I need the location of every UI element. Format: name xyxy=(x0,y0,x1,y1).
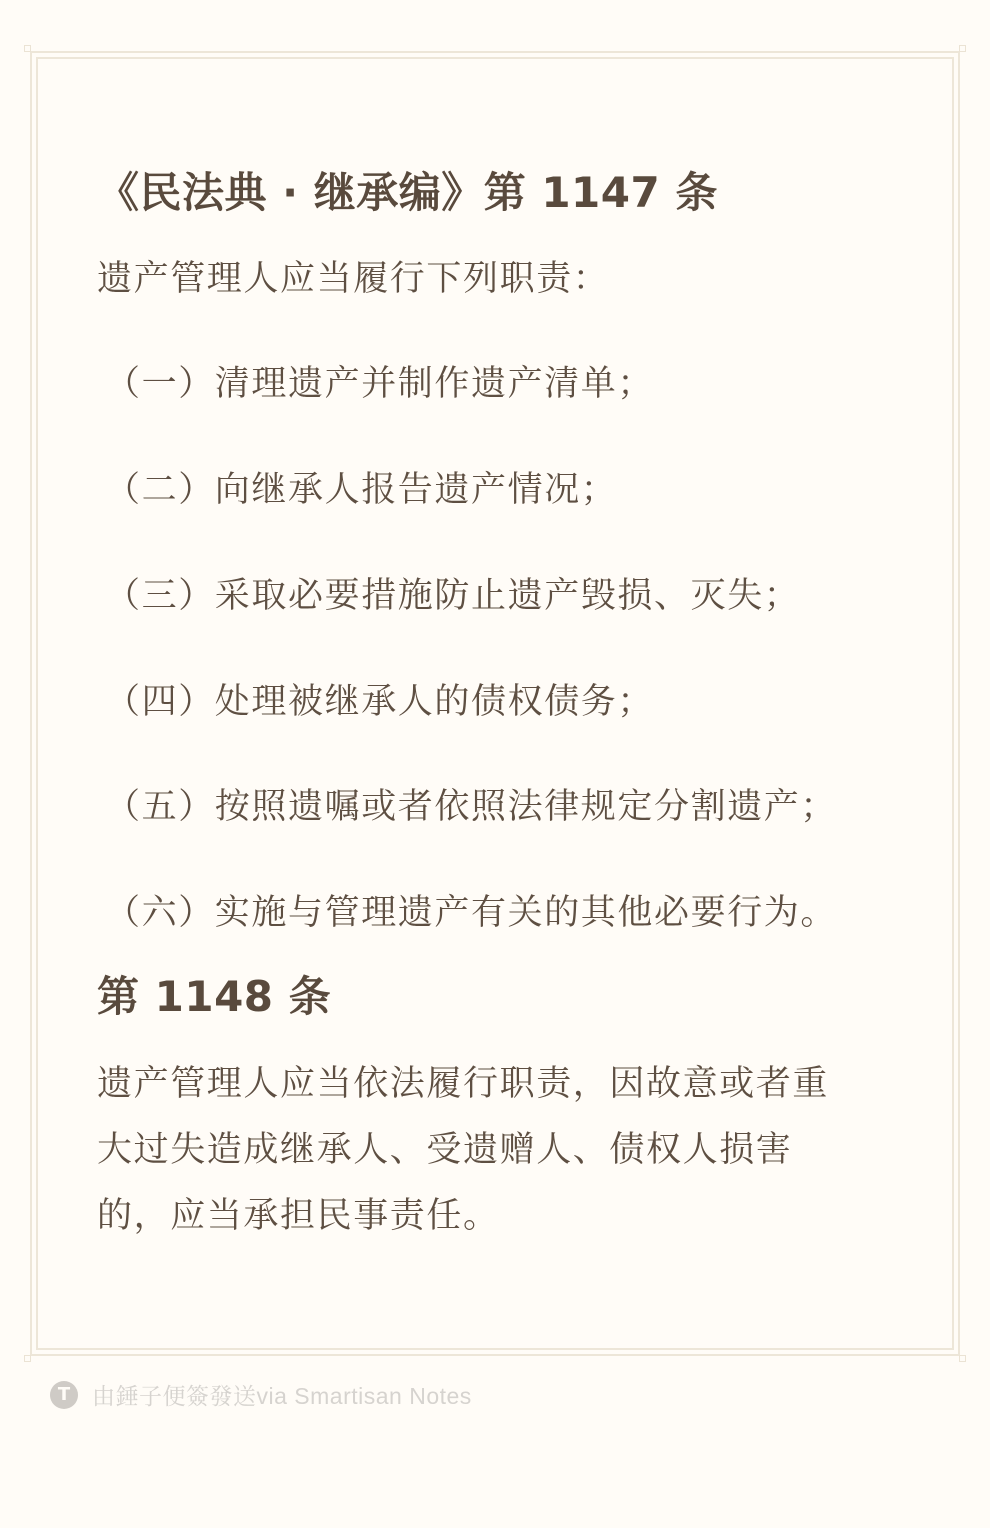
frame-corner-bottom-right xyxy=(959,1355,966,1362)
article-1148-line-2: 大过失造成继承人、受遗赠人、债权人损害 xyxy=(97,1122,792,1172)
article-1148-heading: 第 1148 条 xyxy=(97,964,331,1024)
duty-item-5: （五）按照遗嘱或者依照法律规定分割遗产； xyxy=(105,779,837,829)
frame-corner-top-right xyxy=(959,45,966,52)
footer-text: 由錘子便簽發送via Smartisan Notes xyxy=(92,1378,472,1411)
frame-corner-bottom-left xyxy=(24,1355,31,1362)
article-1148-line-1: 遗产管理人应当依法履行职责，因故意或者重 xyxy=(97,1056,829,1106)
smartisan-t-icon: T xyxy=(50,1381,78,1409)
frame-corner-top-left xyxy=(24,45,31,52)
duty-item-4: （四）处理被继承人的债权债务； xyxy=(105,674,654,724)
footer-attribution: T 由錘子便簽發送via Smartisan Notes xyxy=(50,1378,472,1411)
duty-item-1: （一）清理遗产并制作遗产清单； xyxy=(105,356,654,406)
article-1147-intro: 遗产管理人应当履行下列职责： xyxy=(97,251,609,301)
article-1148-line-3: 的，应当承担民事责任。 xyxy=(97,1188,500,1238)
duty-item-2: （二）向继承人报告遗产情况； xyxy=(105,462,617,512)
duty-item-3: （三）采取必要措施防止遗产毁损、灭失； xyxy=(105,568,800,618)
article-1147-heading: 《民法典 · 继承编》第 1147 条 xyxy=(97,160,718,220)
duty-item-6: （六）实施与管理遗产有关的其他必要行为。 xyxy=(105,885,837,935)
